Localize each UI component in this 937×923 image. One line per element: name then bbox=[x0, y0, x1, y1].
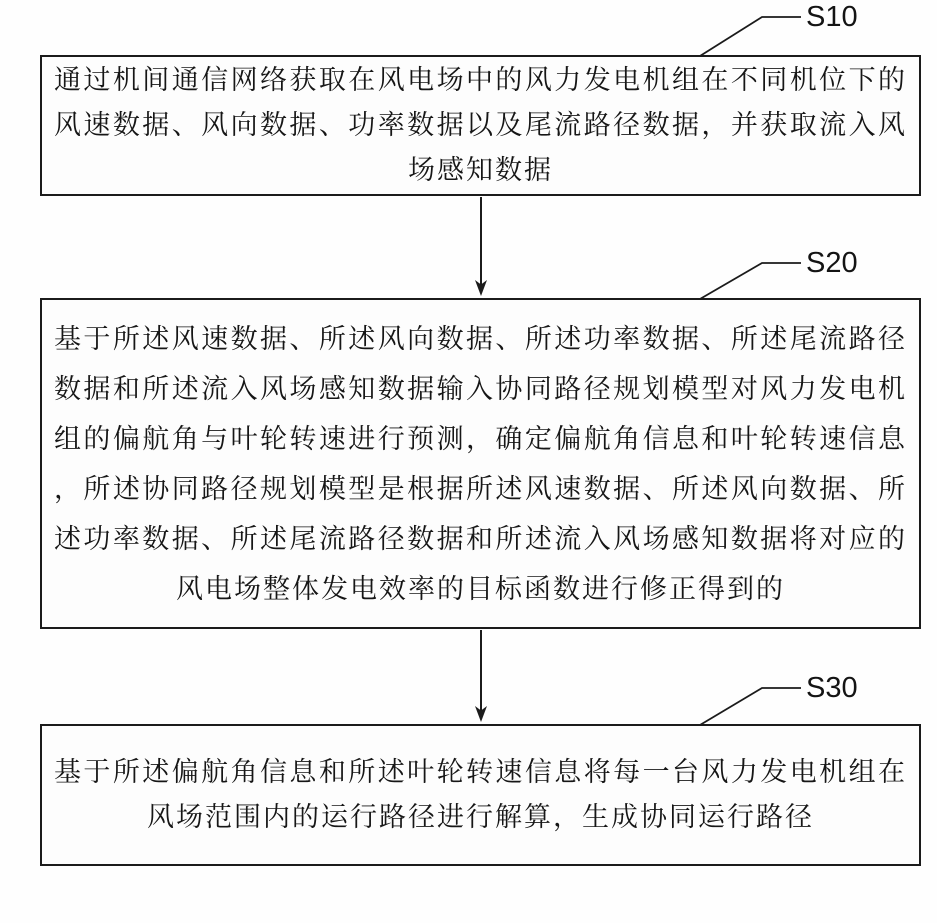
flowchart-canvas: 通过机间通信网络获取在风电场中的风力发电机组在不同机位下的风速数据、风向数据、功… bbox=[0, 0, 937, 923]
step-box-s10: 通过机间通信网络获取在风电场中的风力发电机组在不同机位下的风速数据、风向数据、功… bbox=[40, 55, 921, 196]
arrowhead-icon bbox=[475, 706, 487, 722]
step-text-s30: 基于所述偏航角信息和所述叶轮转速信息将每一台风力发电机组在风场范围内的运行路径进… bbox=[42, 750, 919, 840]
step-text-s20: 基于所述风速数据、所述风向数据、所述功率数据、所述尾流路径数据和所述流入风场感知… bbox=[42, 314, 919, 614]
s30-label-connector bbox=[700, 688, 801, 725]
flow-arrow-s10-to-s20 bbox=[475, 197, 487, 296]
step-box-s30: 基于所述偏航角信息和所述叶轮转速信息将每一台风力发电机组在风场范围内的运行路径进… bbox=[40, 724, 921, 866]
s10-label-connector bbox=[700, 17, 801, 56]
step-box-s20: 基于所述风速数据、所述风向数据、所述功率数据、所述尾流路径数据和所述流入风场感知… bbox=[40, 298, 921, 629]
s20-label-connector bbox=[700, 263, 801, 299]
step-text-s10: 通过机间通信网络获取在风电场中的风力发电机组在不同机位下的风速数据、风向数据、功… bbox=[42, 58, 919, 193]
step-label-s30: S30 bbox=[806, 671, 858, 705]
arrowhead-icon bbox=[475, 280, 487, 296]
flow-arrow-s20-to-s30 bbox=[475, 630, 487, 722]
step-label-s10: S10 bbox=[806, 0, 858, 34]
step-label-s20: S20 bbox=[806, 246, 858, 280]
